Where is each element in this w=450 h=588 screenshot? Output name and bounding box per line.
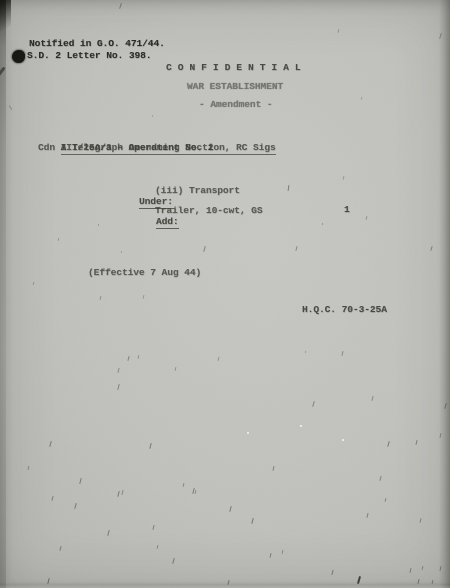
scan-speck [227,580,230,585]
scan-speck [415,440,417,445]
scan-speck [59,546,62,551]
scan-speck [119,3,122,9]
hole-punch-mark [12,50,25,63]
scan-speck [295,246,298,251]
effective-date-note: (Effective 7 Aug 44) [88,267,201,278]
scan-speck [312,401,315,407]
scan-speck [121,251,123,253]
scan-speck [282,550,284,554]
scan-speck [432,580,434,584]
scan-speck [28,466,30,470]
scan-speck [387,441,390,447]
scan-speck [149,443,152,449]
scan-speck [385,498,387,502]
scan-speck [152,115,154,117]
entry-quantity: 1 [344,204,350,215]
scan-speck [422,566,424,570]
scan-white-speck [342,439,344,441]
entry-value: Trailer, 10-cwt, GS [155,205,263,216]
scan-speck [430,246,433,251]
scan-speck [357,576,361,584]
scan-speck [379,476,382,481]
scan-speck [305,351,307,353]
entry-value: (iii) Transport [155,185,240,196]
scan-speck [49,441,52,447]
war-establishment-subtitle: WAR ESTABLISHMENT [187,81,283,92]
scan-speck [371,396,374,401]
scan-speck [195,490,197,494]
scan-speck [366,513,368,518]
scan-speck [419,518,422,523]
scan-speck [157,545,159,549]
scan-white-speck [247,432,249,434]
scanned-document-page: Notified in G.O. 471/44. S.D. 2 Letter N… [0,0,450,588]
scan-speck [343,176,345,180]
scan-speck [229,506,232,512]
scan-speck [251,518,254,524]
scan-speck [175,367,177,371]
scan-speck [47,578,50,584]
scan-speck [33,282,35,285]
scan-speck [203,246,206,252]
scan-speck [417,579,420,584]
scan-speck [121,490,123,495]
classification-banner: C O N F I D E N T I A L [166,62,301,73]
scan-speck [74,503,77,509]
entry-label-text: Add: [156,216,179,229]
notation-go-line: Notified in G.O. 471/44. [29,38,165,49]
scan-speck [218,357,220,361]
notation-sd-letter-line: S.D. 2 Letter No. 398. [27,50,151,61]
scan-speck [322,223,324,225]
scan-speck [107,530,110,536]
scan-speck [9,105,13,110]
scan-scratch-mark [0,66,6,78]
scan-speck [288,185,290,191]
scan-speck [143,295,145,299]
scan-edge-left [0,0,6,588]
scan-speck [331,570,334,575]
scan-speck [341,351,344,356]
scan-speck [152,525,155,530]
amendment-banner: - Amendment - [199,99,273,110]
scan-speck [366,216,368,220]
scan-speck [183,483,185,487]
scan-corner-shadow [0,0,11,36]
scan-speck [409,568,411,573]
scan-speck [98,224,100,226]
scan-speck [361,97,363,100]
scan-speck [444,403,447,409]
scan-edge-bottom [0,582,450,588]
scan-speck [439,566,441,571]
scan-speck [79,478,82,484]
scan-speck [117,491,120,497]
scan-speck [100,296,102,300]
scan-speck [172,558,175,564]
scan-speck [117,368,120,373]
scan-white-speck [300,425,302,427]
scan-speck [58,238,60,241]
scan-speck [439,33,442,39]
file-reference: H.Q.C. 70-3-25A [302,304,387,315]
scan-speck [269,553,272,558]
scan-speck [51,496,54,501]
scan-speck [439,433,442,438]
reference-line: Cdn III/25A/3 - Amendment No. 2 [38,142,213,153]
scan-speck [138,355,140,359]
scan-speck [127,356,130,361]
scan-speck [272,466,274,471]
scan-speck [338,29,340,33]
scan-edge-right [439,0,450,588]
scan-speck [117,384,120,390]
